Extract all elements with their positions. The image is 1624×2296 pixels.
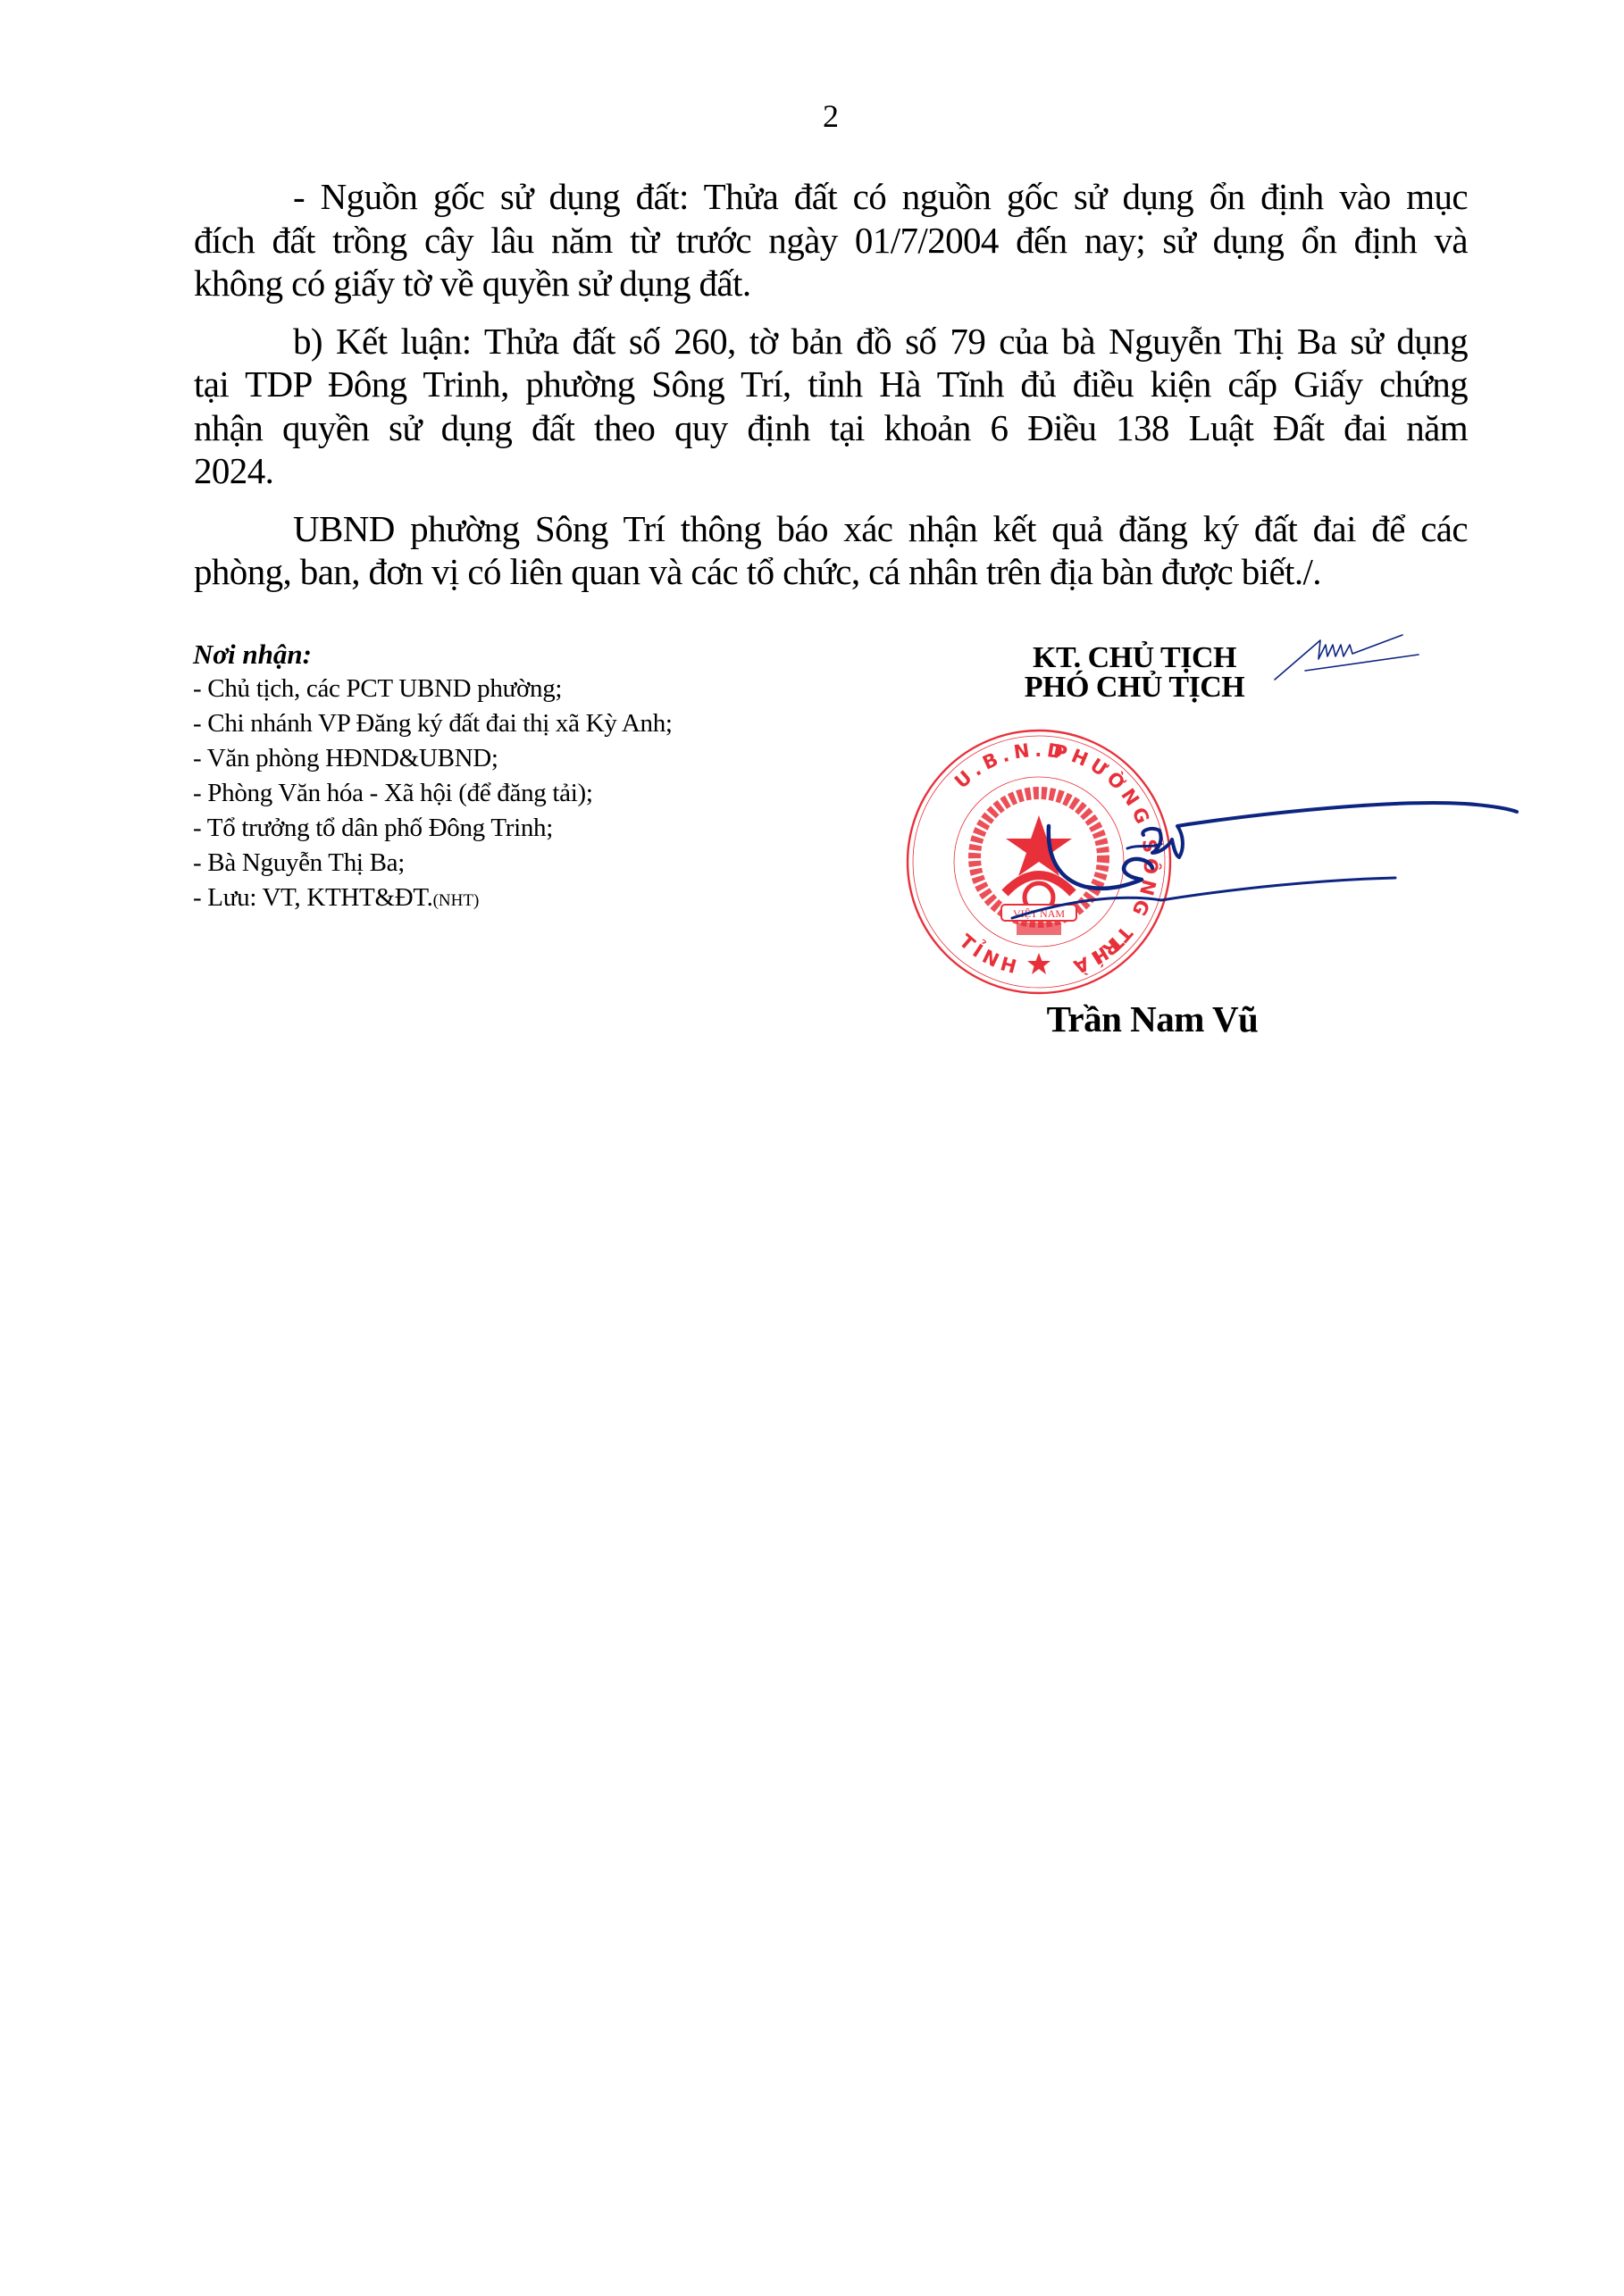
text-line: - Nguồn gốc sử dụng đất: Thửa đất có ngu… — [194, 175, 1468, 219]
text-line: nhận quyền sử dụng đất theo quy định tại… — [194, 406, 1468, 450]
text-line: b) Kết luận: Thửa đất số 260, tờ bản đồ … — [194, 320, 1468, 363]
svg-text:VIỆT NAM: VIỆT NAM — [1013, 907, 1065, 920]
text-line: phòng, ban, đơn vị có liên quan và các t… — [194, 550, 1468, 594]
paragraph-conclusion: b) Kết luận: Thửa đất số 260, tờ bản đồ … — [194, 320, 1468, 493]
document-body: - Nguồn gốc sử dụng đất: Thửa đất có ngu… — [194, 175, 1468, 594]
document-page: 2 - Nguồn gốc sử dụng đất: Thửa đất có n… — [0, 0, 1624, 2296]
recipient-item: - Văn phòng HĐND&UBND; — [193, 741, 908, 776]
drafter-initials: (NHT) — [433, 891, 480, 910]
text-line: UBND phường Sông Trí thông báo xác nhận … — [194, 507, 1468, 551]
recipient-item-archive: - Lưu: VT, KTHT&ĐT.(NHT) — [193, 881, 908, 918]
recipient-item: - Chi nhánh VP Đăng ký đất đai thị xã Kỳ… — [193, 706, 908, 741]
recipient-item: - Chủ tịch, các PCT UBND phường; — [193, 672, 908, 706]
recipient-item: - Phòng Văn hóa - Xã hội (để đăng tải); — [193, 776, 908, 811]
paragraph-notice: UBND phường Sông Trí thông báo xác nhận … — [194, 507, 1468, 594]
signer-title-block: KT. CHỦ TỊCH PHÓ CHỦ TỊCH — [983, 643, 1286, 702]
signer-title-line1: KT. CHỦ TỊCH — [983, 643, 1286, 672]
text-line: tại TDP Đông Trinh, phường Sông Trí, tỉn… — [194, 363, 1468, 406]
seal-ring-text: U.B.N.D — [950, 739, 1068, 793]
text-line: không có giấy tờ về quyền sử dụng đất. — [194, 262, 1468, 305]
signer-name: Trần Nam Vũ — [1000, 998, 1304, 1040]
recipient-item: - Bà Nguyễn Thị Ba; — [193, 846, 908, 881]
page-number: 2 — [0, 96, 1624, 136]
recipients-title: Nơi nhận: — [193, 638, 908, 672]
text-line: 2024. — [194, 449, 1468, 493]
text-line: đích đất trồng cây lâu năm từ trước ngày… — [194, 219, 1468, 263]
national-emblem-icon: VIỆT NAM — [975, 793, 1103, 935]
recipients-block: Nơi nhận: - Chủ tịch, các PCT UBND phườn… — [193, 638, 908, 918]
signer-title-line2: PHÓ CHỦ TỊCH — [983, 672, 1286, 702]
archive-text: - Lưu: VT, KTHT&ĐT. — [193, 883, 433, 912]
official-seal-icon: U.B.N.D PHƯỜNG SÔNG TRÍ THÀ TỈNH VIỆT NA… — [905, 728, 1173, 996]
paragraph-land-origin: - Nguồn gốc sử dụng đất: Thửa đất có ngu… — [194, 175, 1468, 305]
recipient-item: - Tổ trưởng tổ dân phố Đông Trinh; — [193, 811, 908, 846]
